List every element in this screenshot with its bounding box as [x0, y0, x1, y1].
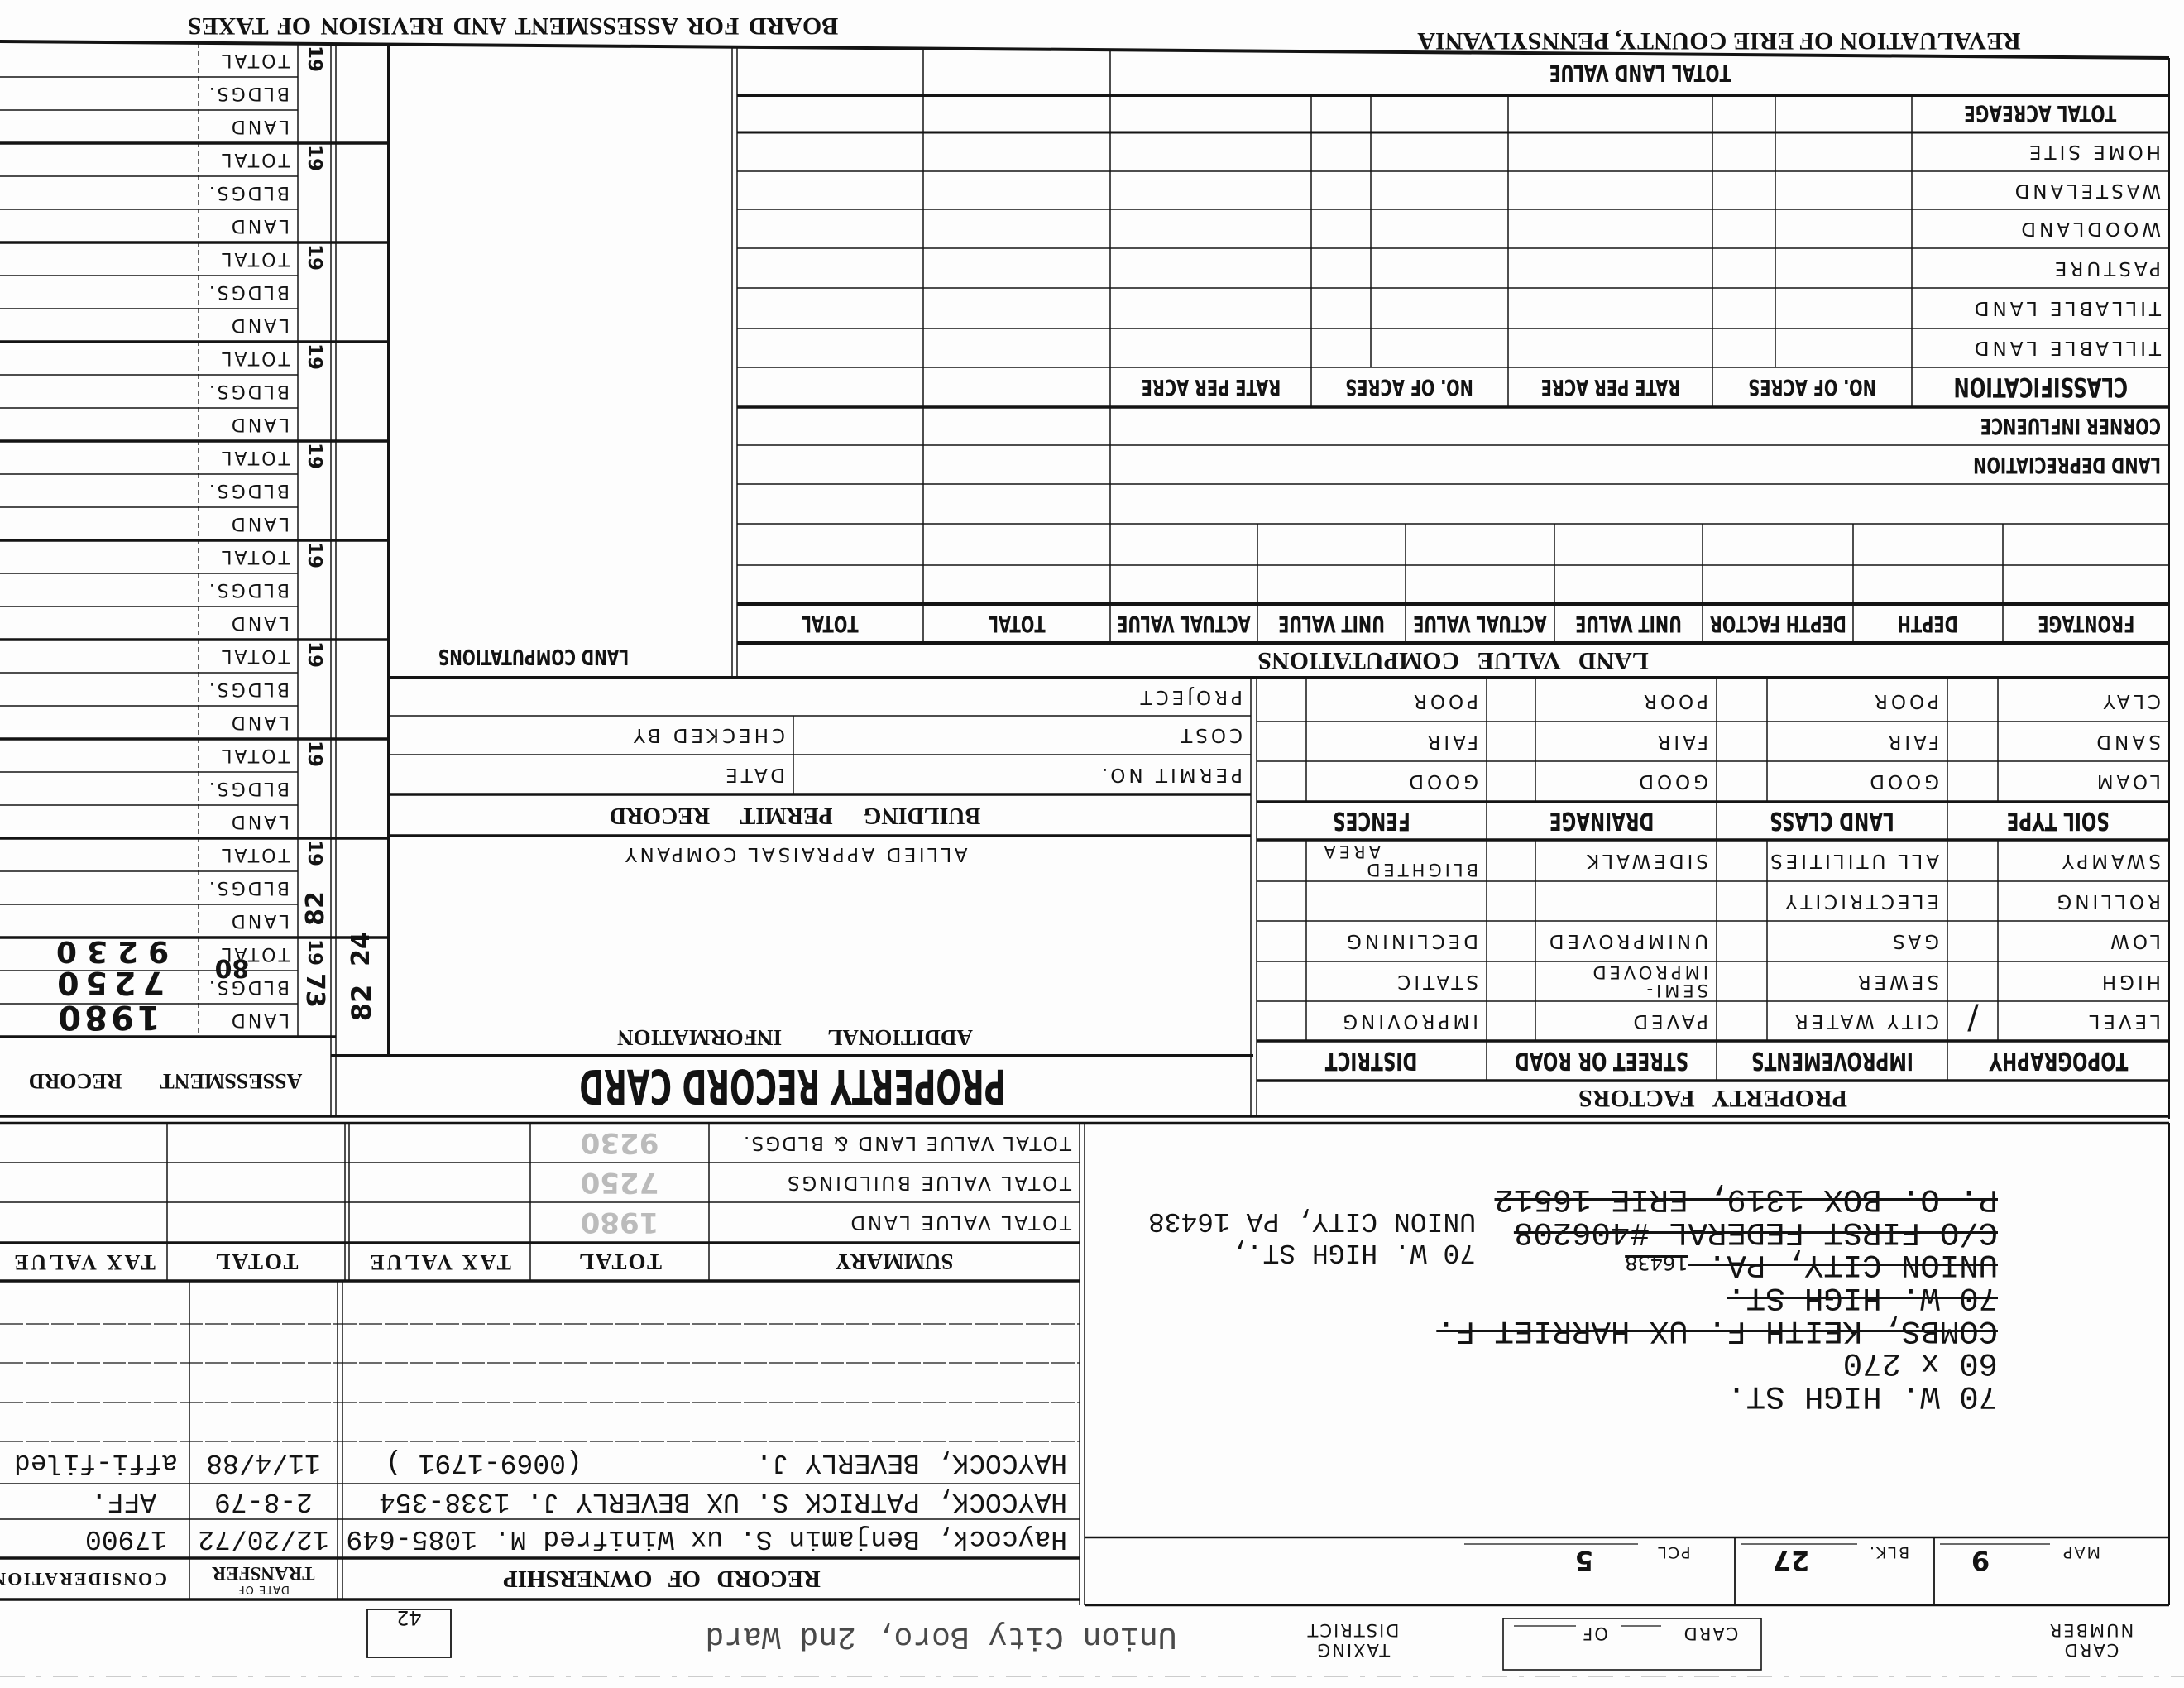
- ownership-row-3-consideration: affi-filed: [0, 1441, 189, 1484]
- classification-woodland: WOODLAND: [1912, 209, 2169, 248]
- land-row-label: LAND: [199, 1004, 298, 1037]
- year-prefix: 19: [304, 233, 324, 282]
- board-title: BOARD FOR ASSESSMENT AND REVISION OF TAX…: [170, 10, 856, 41]
- total-row-label: TOTAL: [199, 342, 298, 375]
- ownership-row-1-consideration: 17900: [0, 1519, 189, 1558]
- summary-tax-value-header: TAX VALUE: [348, 1243, 530, 1281]
- pcl-label: PCL: [1636, 1541, 1711, 1564]
- assessment-entry-4: TOTAL BLDGS. LAND 19: [0, 640, 389, 739]
- actual-value-label: ACTUAL VALUE: [1117, 611, 1250, 636]
- current-city: UNION CITY, PA 16438: [1148, 1205, 1476, 1236]
- consideration-header: CONSIDERATION: [0, 1558, 189, 1599]
- project-field-label: PROJECT: [389, 678, 1251, 716]
- property-record-card-scan: BOARD FOR ASSESSMENT AND REVISION OF TAX…: [0, 0, 2184, 1688]
- summary-land-bldgs-total: 9230: [530, 1124, 709, 1163]
- district-improving: IMPROVING: [1306, 1001, 1487, 1041]
- rate-header: RATE PER ACRE: [1508, 367, 1712, 407]
- land-row-label: LAND: [199, 805, 298, 838]
- bldgs-row-label: BLDGS.: [199, 375, 298, 408]
- topography-high: HIGH: [1998, 961, 2169, 1001]
- drainage-fair: FAIR: [1535, 722, 1717, 761]
- land-row-label: LAND: [199, 904, 298, 938]
- assessment-entry-10: TOTAL BLDGS. LAND 19: [0, 44, 389, 143]
- district-static: STATIC: [1306, 961, 1487, 1001]
- assessment-bldgs-value: 7250: [17, 967, 199, 999]
- current-street: 70 W. HIGH ST.,: [1230, 1236, 1476, 1268]
- topography-low: LOW: [1998, 921, 2169, 961]
- ownership-row-3-name: HAYCOCK, BEVERLY J.(0069-1791 ): [342, 1441, 1075, 1484]
- date-of-label: DATE OF: [237, 1583, 290, 1594]
- summary-total-header: TOTAL: [530, 1243, 709, 1281]
- year-prefix: 19: [304, 332, 324, 381]
- total-label: TOTAL: [802, 611, 859, 636]
- soil-sand: SAND: [1998, 722, 2169, 761]
- former-city-text: UNION CITY, PA.: [1707, 1246, 1998, 1283]
- year-prefix: 19: [304, 630, 324, 679]
- handwritten-note: 80: [201, 956, 263, 981]
- total-row-label: TOTAL: [199, 540, 298, 573]
- acres-header-label: NO. OF ACRES: [1346, 375, 1474, 400]
- total-acreage-label: TOTAL ACREAGE: [1964, 100, 2116, 127]
- district-declining: DECLINING: [1306, 921, 1487, 961]
- summary-total-header: TOTAL: [167, 1243, 345, 1281]
- total-acreage-row: TOTAL ACREAGE: [1912, 95, 2169, 132]
- summary-land-total: 1980: [530, 1202, 709, 1243]
- land-class-header: LAND CLASS: [1717, 802, 1947, 840]
- unit-value-label: UNIT VALUE: [1575, 611, 1682, 636]
- fences-header: FENCES: [1257, 802, 1487, 840]
- date-of-transfer-header: DATE OF TRANSFER: [189, 1558, 338, 1599]
- land-computations-label: LAND COMPUTATIONS: [397, 640, 670, 672]
- frontage-header: FRONTAGE: [2003, 604, 2169, 643]
- total-land-value-row: TOTAL LAND VALUE: [1110, 51, 2169, 95]
- classification-tillable-land: TILLABLE LAND: [1912, 328, 2169, 367]
- unit-value-label: UNIT VALUE: [1278, 611, 1385, 636]
- land-row-label: LAND: [199, 110, 298, 143]
- depth-label: DEPTH: [1898, 611, 1958, 636]
- total-row-label: TOTAL: [199, 242, 298, 276]
- improvements-header-label: IMPROVEMENTS: [1751, 1047, 1913, 1076]
- corner-influence-label: CORNER INFLUENCE: [1980, 414, 2161, 439]
- former-owner-city: UNION CITY, PA. 16438: [1625, 1248, 1998, 1281]
- improvements-electricity: ELECTRICITY: [1767, 881, 1947, 921]
- lot-dimensions: 60 x 270: [1843, 1346, 1998, 1379]
- year-prefix: 19: [304, 828, 324, 878]
- land-row-label: LAND: [199, 706, 298, 739]
- land-row-label: LAND: [199, 408, 298, 441]
- bldgs-row-label: BLDGS.: [199, 77, 298, 110]
- ownership-row-3-date: 11/4/88: [189, 1441, 338, 1484]
- assessment-entry-5: TOTAL BLDGS. LAND 19: [0, 540, 389, 640]
- deed-book-page: (0069-1791 ): [386, 1447, 582, 1478]
- acres-header-label: NO. OF ACRES: [1748, 375, 1876, 400]
- bldgs-row-label: BLDGS.: [199, 772, 298, 805]
- taxing-line-2: DISTRICT: [1306, 1621, 1400, 1641]
- permit-no-field-label: PERMIT NO.: [793, 755, 1251, 794]
- deed-book-page: 1338-354: [379, 1486, 510, 1517]
- depth-factor-header: DEPTH FACTOR: [1703, 604, 1853, 643]
- improvements-gas: GAS: [1767, 921, 1947, 961]
- total-row-label: TOTAL: [199, 441, 298, 474]
- topography-level: LEVEL: [1998, 1001, 2169, 1041]
- topography-header: TOPOGRAPHY: [1947, 1041, 2169, 1081]
- building-permit-record-title: BUILDING PERMIT RECORD: [364, 794, 1226, 836]
- blk-label: BLK.: [1856, 1541, 1922, 1564]
- checked-by-field-label: CHECKED BY: [389, 716, 793, 755]
- blighted-line-1: BLIGHTED: [1363, 861, 1478, 879]
- semi-improved-line-2: IMPROVED: [1589, 963, 1708, 981]
- street-sidewalk: SIDEWALK: [1535, 840, 1717, 881]
- fences-poor: POOR: [1306, 680, 1487, 722]
- year-prefix: 19: [304, 431, 324, 481]
- total-label: TOTAL: [989, 611, 1046, 636]
- card-number-label: CARD NUMBER: [2019, 1618, 2163, 1663]
- improvements-header: IMPROVEMENTS: [1717, 1041, 1947, 1081]
- land-row-label: LAND: [199, 309, 298, 342]
- land-class-poor: POOR: [1767, 680, 1947, 722]
- property-address: 70 W. HIGH ST.: [1727, 1379, 1998, 1412]
- unit-value-header: UNIT VALUE: [1554, 604, 1703, 643]
- soil-type-header-label: SOIL TYPE: [2007, 807, 2110, 836]
- depth-header: DEPTH: [1853, 604, 2003, 643]
- street-or-road-header-label: STREET OR ROAD: [1515, 1047, 1688, 1076]
- soil-clay: CLAY: [1998, 680, 2169, 722]
- year-prefix: 19: [304, 729, 324, 779]
- total-row-label: TOTAL: [199, 143, 298, 176]
- assessment-entry-6: TOTAL BLDGS. LAND 19: [0, 441, 389, 540]
- depth-factor-label: DEPTH FACTOR: [1709, 611, 1846, 636]
- former-care-of: C/O FIRST FEDERAL #406208: [1514, 1215, 1998, 1248]
- rate-header-label: RATE PER ACRE: [1141, 375, 1281, 400]
- former-city-zip: 16438: [1625, 1251, 1688, 1274]
- current-mailing-address: 70 W. HIGH ST., UNION CITY, PA 16438: [1133, 1205, 1481, 1268]
- summary-buildings-total: 7250: [530, 1163, 709, 1202]
- land-row-label: LAND: [199, 507, 298, 540]
- taxing-line-1: TAXING: [1315, 1641, 1390, 1661]
- deed-book-page: 1085-649: [346, 1523, 477, 1554]
- ownership-row-2-date: 2-8-79: [189, 1484, 338, 1519]
- map-label: MAP: [2050, 1541, 2112, 1564]
- land-computations-text: LAND COMPUTATIONS: [438, 644, 629, 669]
- year-prefix: 19: [304, 34, 324, 84]
- bldgs-row-label: BLDGS.: [199, 474, 298, 507]
- land-row-label: LAND: [199, 607, 298, 640]
- rate-header: RATE PER ACRE: [1110, 367, 1311, 407]
- classification-home-site: HOME SITE: [1912, 132, 2169, 171]
- drainage-header: DRAINAGE: [1487, 802, 1717, 840]
- street-semi-improved: SEMI- IMPROVED: [1535, 961, 1717, 1001]
- classification-tillable-land: TILLABLE LAND: [1912, 288, 2169, 328]
- total-row-label: TOTAL: [199, 739, 298, 772]
- ownership-row-2-name: HAYCOCK, PATRICK S. UX BEVERLY J.1338-35…: [342, 1484, 1075, 1519]
- topography-swampy: SWAMPY: [1998, 840, 2169, 881]
- bldgs-row-label: BLDGS.: [199, 276, 298, 309]
- land-class-fair: FAIR: [1767, 722, 1947, 761]
- total-row-label: TOTAL: [199, 44, 298, 77]
- classification-header-label: CLASSIFICATION: [1953, 372, 2128, 403]
- land-row-label: LAND: [199, 209, 298, 242]
- assessment-total-value: 9230: [17, 936, 199, 967]
- acres-header: NO. OF ACRES: [1311, 367, 1508, 407]
- card-number-line-2: NUMBER: [2048, 1621, 2134, 1641]
- assessment-entry-3: TOTAL BLDGS. LAND 19: [0, 739, 389, 838]
- assessment-land-value: 1980: [17, 999, 199, 1035]
- district-blighted-area: BLIGHTED AREA: [1306, 840, 1487, 881]
- actual-value-label: ACTUAL VALUE: [1413, 611, 1546, 636]
- topography-header-label: TOPOGRAPHY: [1989, 1047, 2128, 1076]
- pcl-value: 5: [1557, 1546, 1612, 1575]
- total-header: TOTAL: [923, 604, 1110, 643]
- summary-row-land: TOTAL VALUE LAND: [709, 1202, 1080, 1243]
- taxing-district-value: Union City Boro, 2nd Ward: [703, 1614, 1179, 1659]
- assessment-entry-9: TOTAL BLDGS. LAND 19: [0, 143, 389, 242]
- former-po-box: P. O. BOX 1319, ERIE 16512: [1495, 1182, 1999, 1215]
- land-depreciation-label: LAND DEPRECIATION: [1973, 452, 2161, 477]
- year-prefix: 19: [304, 530, 324, 580]
- year-prefix: 19: [304, 133, 324, 183]
- map-value: 9: [1954, 1546, 2007, 1575]
- cost-field-label: COST: [793, 716, 1251, 755]
- owner-name: Haycock, Benjamin S. ux Winifred M.: [494, 1523, 1067, 1554]
- assessment-record-title: ASSESSMENT RECORD: [0, 1056, 331, 1105]
- soil-loam: LOAM: [1998, 761, 2169, 802]
- district-header-label: DISTRICT: [1325, 1047, 1418, 1076]
- card-number-line-1: CARD: [2063, 1641, 2119, 1661]
- summary-tax-value-header: TAX VALUE: [0, 1243, 167, 1281]
- land-class-good: GOOD: [1767, 761, 1947, 802]
- acres-header: NO. OF ACRES: [1712, 367, 1912, 407]
- additional-information-title: ADDITIONAL INFORMATION: [364, 1023, 1226, 1053]
- fences-header-label: FENCES: [1333, 807, 1410, 836]
- card-of-of-label: OF: [1568, 1620, 1621, 1647]
- actual-value-header: ACTUAL VALUE: [1110, 604, 1257, 643]
- fences-good: GOOD: [1306, 761, 1487, 802]
- improvements-city-water: CITY WATER: [1767, 1001, 1947, 1041]
- appraisal-company: ALLIED APPRAISAL COMPANY: [364, 839, 1226, 869]
- blk-value: 27: [1754, 1546, 1828, 1575]
- unit-value-header: UNIT VALUE: [1257, 604, 1406, 643]
- total-row-label: TOTAL: [199, 640, 298, 673]
- classification-header: CLASSIFICATION: [1912, 367, 2169, 407]
- card-title-text: PROPERTY RECORD CARD: [579, 1058, 1006, 1115]
- property-factors-title: PROPERTY FACTORS: [1257, 1081, 2169, 1116]
- drainage-header-label: DRAINAGE: [1549, 807, 1655, 836]
- street-paved: PAVED: [1535, 1001, 1717, 1041]
- total-land-value-label: TOTAL LAND VALUE: [1549, 60, 1731, 87]
- summary-row-buildings: TOTAL VALUE BUILDINGS: [709, 1163, 1080, 1202]
- street-unimproved: UNIMPROVED: [1535, 921, 1717, 961]
- property-record-card-title: PROPERTY RECORD CARD: [362, 1059, 1224, 1114]
- total-row-label: TOTAL: [199, 838, 298, 871]
- drainage-good: GOOD: [1535, 761, 1717, 802]
- ownership-row-1-date: 12/20/72: [189, 1519, 338, 1558]
- assessment-entry-7: TOTAL BLDGS. LAND 19: [0, 342, 389, 441]
- former-owner-street: 70 W. HIGH ST.: [1727, 1280, 1998, 1313]
- corner-influence-row: CORNER INFLUENCE: [1110, 407, 2169, 445]
- land-depreciation-row: LAND DEPRECIATION: [1110, 445, 2169, 484]
- blighted-line-2: AREA: [1320, 842, 1381, 861]
- summary-row-land-and-bldgs: TOTAL VALUE LAND & BLDGS.: [709, 1124, 1080, 1163]
- owner-name: HAYCOCK, PATRICK S. UX BEVERLY J.: [526, 1486, 1067, 1517]
- topography-rolling: ROLLING: [1998, 881, 2169, 921]
- card-of-card-label: CARD: [1659, 1620, 1762, 1647]
- bldgs-row-label: BLDGS.: [199, 573, 298, 607]
- side-note: 24: [347, 920, 376, 978]
- ownership-title: RECORD OF OWNERSHIP: [298, 1558, 1026, 1599]
- improvements-sewer: SEWER: [1767, 961, 1947, 1001]
- total-header: TOTAL: [737, 604, 923, 643]
- bldgs-row-label: BLDGS.: [199, 176, 298, 209]
- semi-improved-line-1: SEMI-: [1644, 981, 1709, 1000]
- soil-type-header: SOIL TYPE: [1947, 802, 2169, 840]
- improvements-all-utilities: ALL UTILITIES: [1767, 840, 1947, 881]
- classification-wasteland: WASTELAND: [1912, 171, 2169, 209]
- box-number: 42: [369, 1607, 449, 1628]
- handwritten-year: 73: [300, 961, 328, 1019]
- assessment-entry-2: TOTAL BLDGS. LAND 19 82: [0, 838, 389, 938]
- drainage-poor: POOR: [1535, 680, 1717, 722]
- former-owner-name: COMBS, KEITH F. UX HARRIET F.: [1436, 1313, 1998, 1346]
- bldgs-row-label: BLDGS.: [199, 871, 298, 904]
- ownership-row-2-consideration: AFF.: [0, 1484, 189, 1519]
- transfer-label: TRANSFER: [213, 1563, 315, 1583]
- actual-value-header: ACTUAL VALUE: [1406, 604, 1554, 643]
- frontage-label: FRONTAGE: [2038, 611, 2134, 636]
- owner-name: HAYCOCK, BEVERLY J.: [756, 1447, 1067, 1478]
- street-or-road-header: STREET OR ROAD: [1487, 1041, 1717, 1081]
- taxing-district-label: TAXING DISTRICT: [1286, 1618, 1419, 1663]
- ownership-row-1-name: Haycock, Benjamin S. ux Winifred M.1085-…: [342, 1519, 1075, 1558]
- land-class-header-label: LAND CLASS: [1770, 807, 1894, 836]
- land-value-computations-title: LAND VALUE COMPUTATIONS: [737, 643, 2169, 678]
- date-field-label: DATE: [389, 755, 793, 794]
- assessment-entry-8: TOTAL BLDGS. LAND 19: [0, 242, 389, 342]
- summary-header: SUMMARY: [709, 1243, 1080, 1281]
- rate-header-label: RATE PER ACRE: [1540, 375, 1680, 400]
- assessment-entry-1: TOTAL BLDGS. LAND 19 73 9230 7250 1980 8…: [0, 938, 389, 1037]
- classification-pasture: PASTURE: [1912, 248, 2169, 288]
- level-check-mark: /: [1956, 997, 1990, 1038]
- bldgs-row-label: BLDGS.: [199, 673, 298, 706]
- fences-fair: FAIR: [1306, 722, 1487, 761]
- district-header: DISTRICT: [1257, 1041, 1487, 1081]
